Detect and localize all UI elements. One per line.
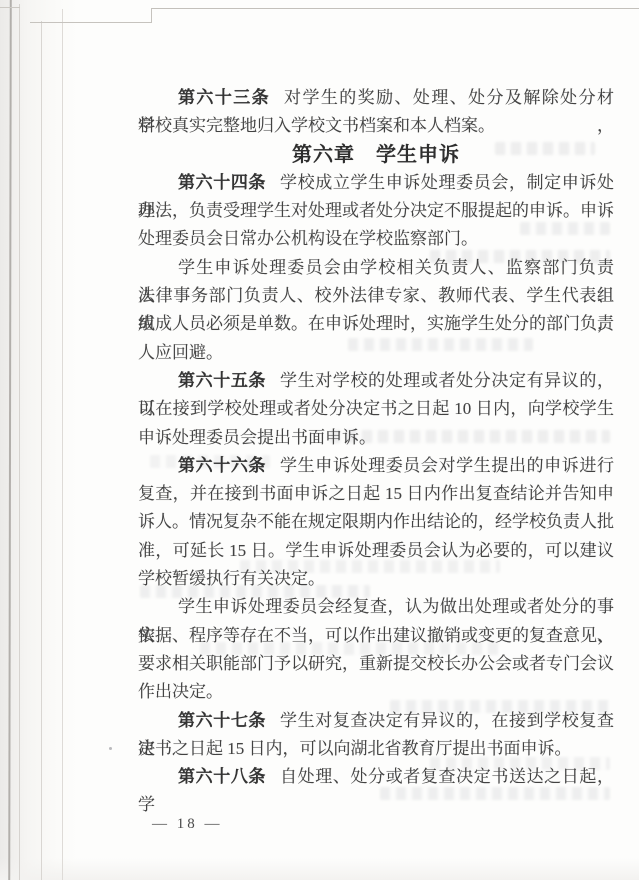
scan-speck bbox=[109, 747, 112, 750]
line-text: 学校暂缓执行有关决定。 bbox=[138, 569, 325, 588]
line-text: 学生申诉处理委员会对学生提出的申诉进行 bbox=[280, 456, 614, 475]
line-text: 作出决定。 bbox=[138, 682, 223, 701]
page-edge-line bbox=[151, 8, 152, 23]
article-number: 第六十五条 bbox=[178, 371, 266, 390]
doc-line: 依据、程序等存在不当，可以作出建议撤销或变更的复查意见， bbox=[138, 622, 614, 650]
doc-line: 人应回避。 bbox=[138, 339, 614, 367]
doc-line: 组成人员必须是单数。在申诉处理时，实施学生处分的部门负责 bbox=[138, 310, 614, 338]
doc-line: 诉人。情况复杂不能在规定限期内作出结论的，经学校负责人批 bbox=[138, 508, 614, 536]
doc-line: 要求相关职能部门予以研究，重新提交校长办公会或者专门会议 bbox=[138, 650, 614, 678]
doc-line: 第六十六条学生申诉处理委员会对学生提出的申诉进行 bbox=[138, 452, 614, 480]
page-edge-line bbox=[151, 8, 639, 9]
doc-line: 以在接到学校处理或者处分决定书之日起 10 日内，向学校学生 bbox=[138, 395, 614, 423]
article-number: 第六十六条 bbox=[178, 456, 266, 475]
line-text: 要求相关职能部门予以研究，重新提交校长办公会或者专门会议 bbox=[138, 654, 614, 673]
article-number: 第六十四条 bbox=[178, 173, 266, 192]
doc-line: 第六十七条学生对复查决定有异议的，在接到学校复查决 bbox=[138, 707, 614, 735]
article-number: 第六十七条 bbox=[178, 711, 266, 730]
doc-line: 学生申诉处理委员会经复查，认为做出处理或者处分的事实、 bbox=[138, 593, 614, 621]
doc-line: 定书之日起 15 日内，可以向湖北省教育厅提出书面申诉。 bbox=[138, 735, 614, 763]
line-text: 办法，负责受理学生对处理或者处分决定不服提起的申诉。申诉 bbox=[138, 201, 614, 220]
chapter-heading: 第六章 学生申诉 bbox=[138, 141, 614, 169]
line-text: 组成人员必须是单数。在申诉处理时，实施学生处分的部门负责 bbox=[138, 314, 614, 333]
doc-line: 办法，负责受理学生对处理或者处分决定不服提起的申诉。申诉 bbox=[138, 197, 614, 225]
page-edge-line bbox=[0, 7, 20, 8]
line-text: 申诉处理委员会提出书面申诉。 bbox=[138, 428, 376, 447]
page-edge-line bbox=[41, 21, 42, 880]
doc-line: 申诉处理委员会提出书面申诉。 bbox=[138, 424, 614, 452]
doc-line: 学校暂缓执行有关决定。 bbox=[138, 565, 614, 593]
page-edge-line bbox=[62, 9, 63, 880]
document-text: 第六十三条对学生的奖励、处理、处分及解除处分材料，学校真实完整地归入学校文书档案… bbox=[138, 84, 614, 791]
article-number: 第六十八条 bbox=[178, 767, 266, 786]
doc-line: 第六十八条自处理、处分或者复查决定书送达之日起，学 bbox=[138, 763, 614, 791]
doc-line: 第六十三条对学生的奖励、处理、处分及解除处分材料， bbox=[138, 84, 614, 112]
line-text: 以在接到学校处理或者处分决定书之日起 10 日内，向学校学生 bbox=[138, 399, 614, 418]
line-text: 复查，并在接到书面申诉之日起 15 日内作出复查结论并告知申 bbox=[138, 484, 614, 503]
line-text: 学校真实完整地归入学校文书档案和本人档案。 bbox=[138, 116, 495, 135]
scanned-page: 第六十三条对学生的奖励、处理、处分及解除处分材料，学校真实完整地归入学校文书档案… bbox=[0, 0, 639, 880]
article-number: 第六十三条 bbox=[178, 88, 270, 107]
doc-line: 复查，并在接到书面申诉之日起 15 日内作出复查结论并告知申 bbox=[138, 480, 614, 508]
doc-line: 第六十四条学校成立学生申诉处理委员会，制定申诉处理 bbox=[138, 169, 614, 197]
line-text: 准，可延长 15 日。学生申诉处理委员会认为必要的，可以建议 bbox=[138, 541, 614, 560]
page-number: — 18 — bbox=[152, 812, 223, 836]
doc-line: 处理委员会日常办公机构设在学校监察部门。 bbox=[138, 225, 614, 253]
doc-line: 法律事务部门负责人、校外法律专家、教师代表、学生代表组成， bbox=[138, 282, 614, 310]
line-text: 依据、程序等存在不当，可以作出建议撤销或变更的复查意见， bbox=[138, 626, 614, 645]
doc-line: 第六十五条学生对学校的处理或者处分决定有异议的，可 bbox=[138, 367, 614, 395]
doc-line: 学生申诉处理委员会由学校相关负责人、监察部门负责人、 bbox=[138, 254, 614, 282]
line-text: 人应回避。 bbox=[138, 343, 223, 362]
page-edge-line bbox=[8, 0, 12, 880]
page-edge-line bbox=[30, 22, 152, 23]
doc-line: 准，可延长 15 日。学生申诉处理委员会认为必要的，可以建议 bbox=[138, 537, 614, 565]
line-text: 诉人。情况复杂不能在规定限期内作出结论的，经学校负责人批 bbox=[138, 512, 614, 531]
doc-line: 作出决定。 bbox=[138, 678, 614, 706]
line-text: 定书之日起 15 日内，可以向湖北省教育厅提出书面申诉。 bbox=[138, 739, 572, 758]
page-edge-line bbox=[19, 4, 20, 880]
line-text: 处理委员会日常办公机构设在学校监察部门。 bbox=[138, 229, 478, 248]
